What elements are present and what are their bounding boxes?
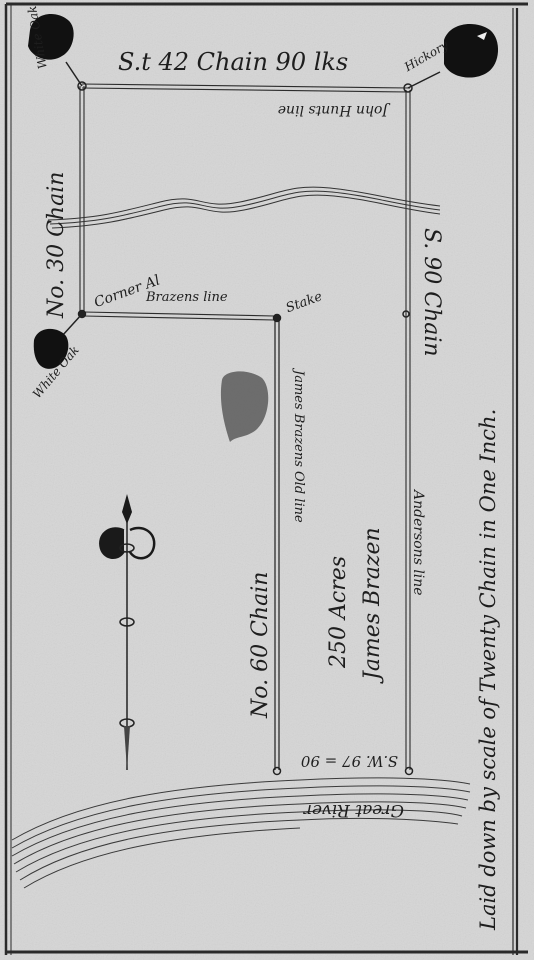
scale-note: Laid down by scale of Twenty Chain in On… [476, 409, 500, 930]
inner-west-label: No. 60 Chain [248, 572, 273, 718]
west-line-label: No. 30 Chain [44, 172, 69, 318]
east-line-label: S. 90 Chain [419, 228, 444, 357]
east-neighbor-label: Andersons line [410, 490, 426, 596]
north-neighbor-label: John Hunts line [278, 102, 388, 118]
north-line-label: S.t 42 Chain 90 lks [118, 48, 348, 76]
tract-owner: James Brazen [360, 527, 385, 680]
survey-plat-sheet: S.t 42 Chain 90 lks John Hunts line No. … [0, 0, 534, 960]
plat-drawing [0, 0, 534, 960]
river-label: Great River [304, 800, 404, 820]
inner-west-neighbor: James Brazens Old line [291, 370, 306, 523]
inner-top-label: Brazens line [146, 290, 228, 305]
tract-acres: 250 Acres [326, 556, 351, 668]
south-line-label: S.W. 97 = 90 [301, 752, 398, 770]
